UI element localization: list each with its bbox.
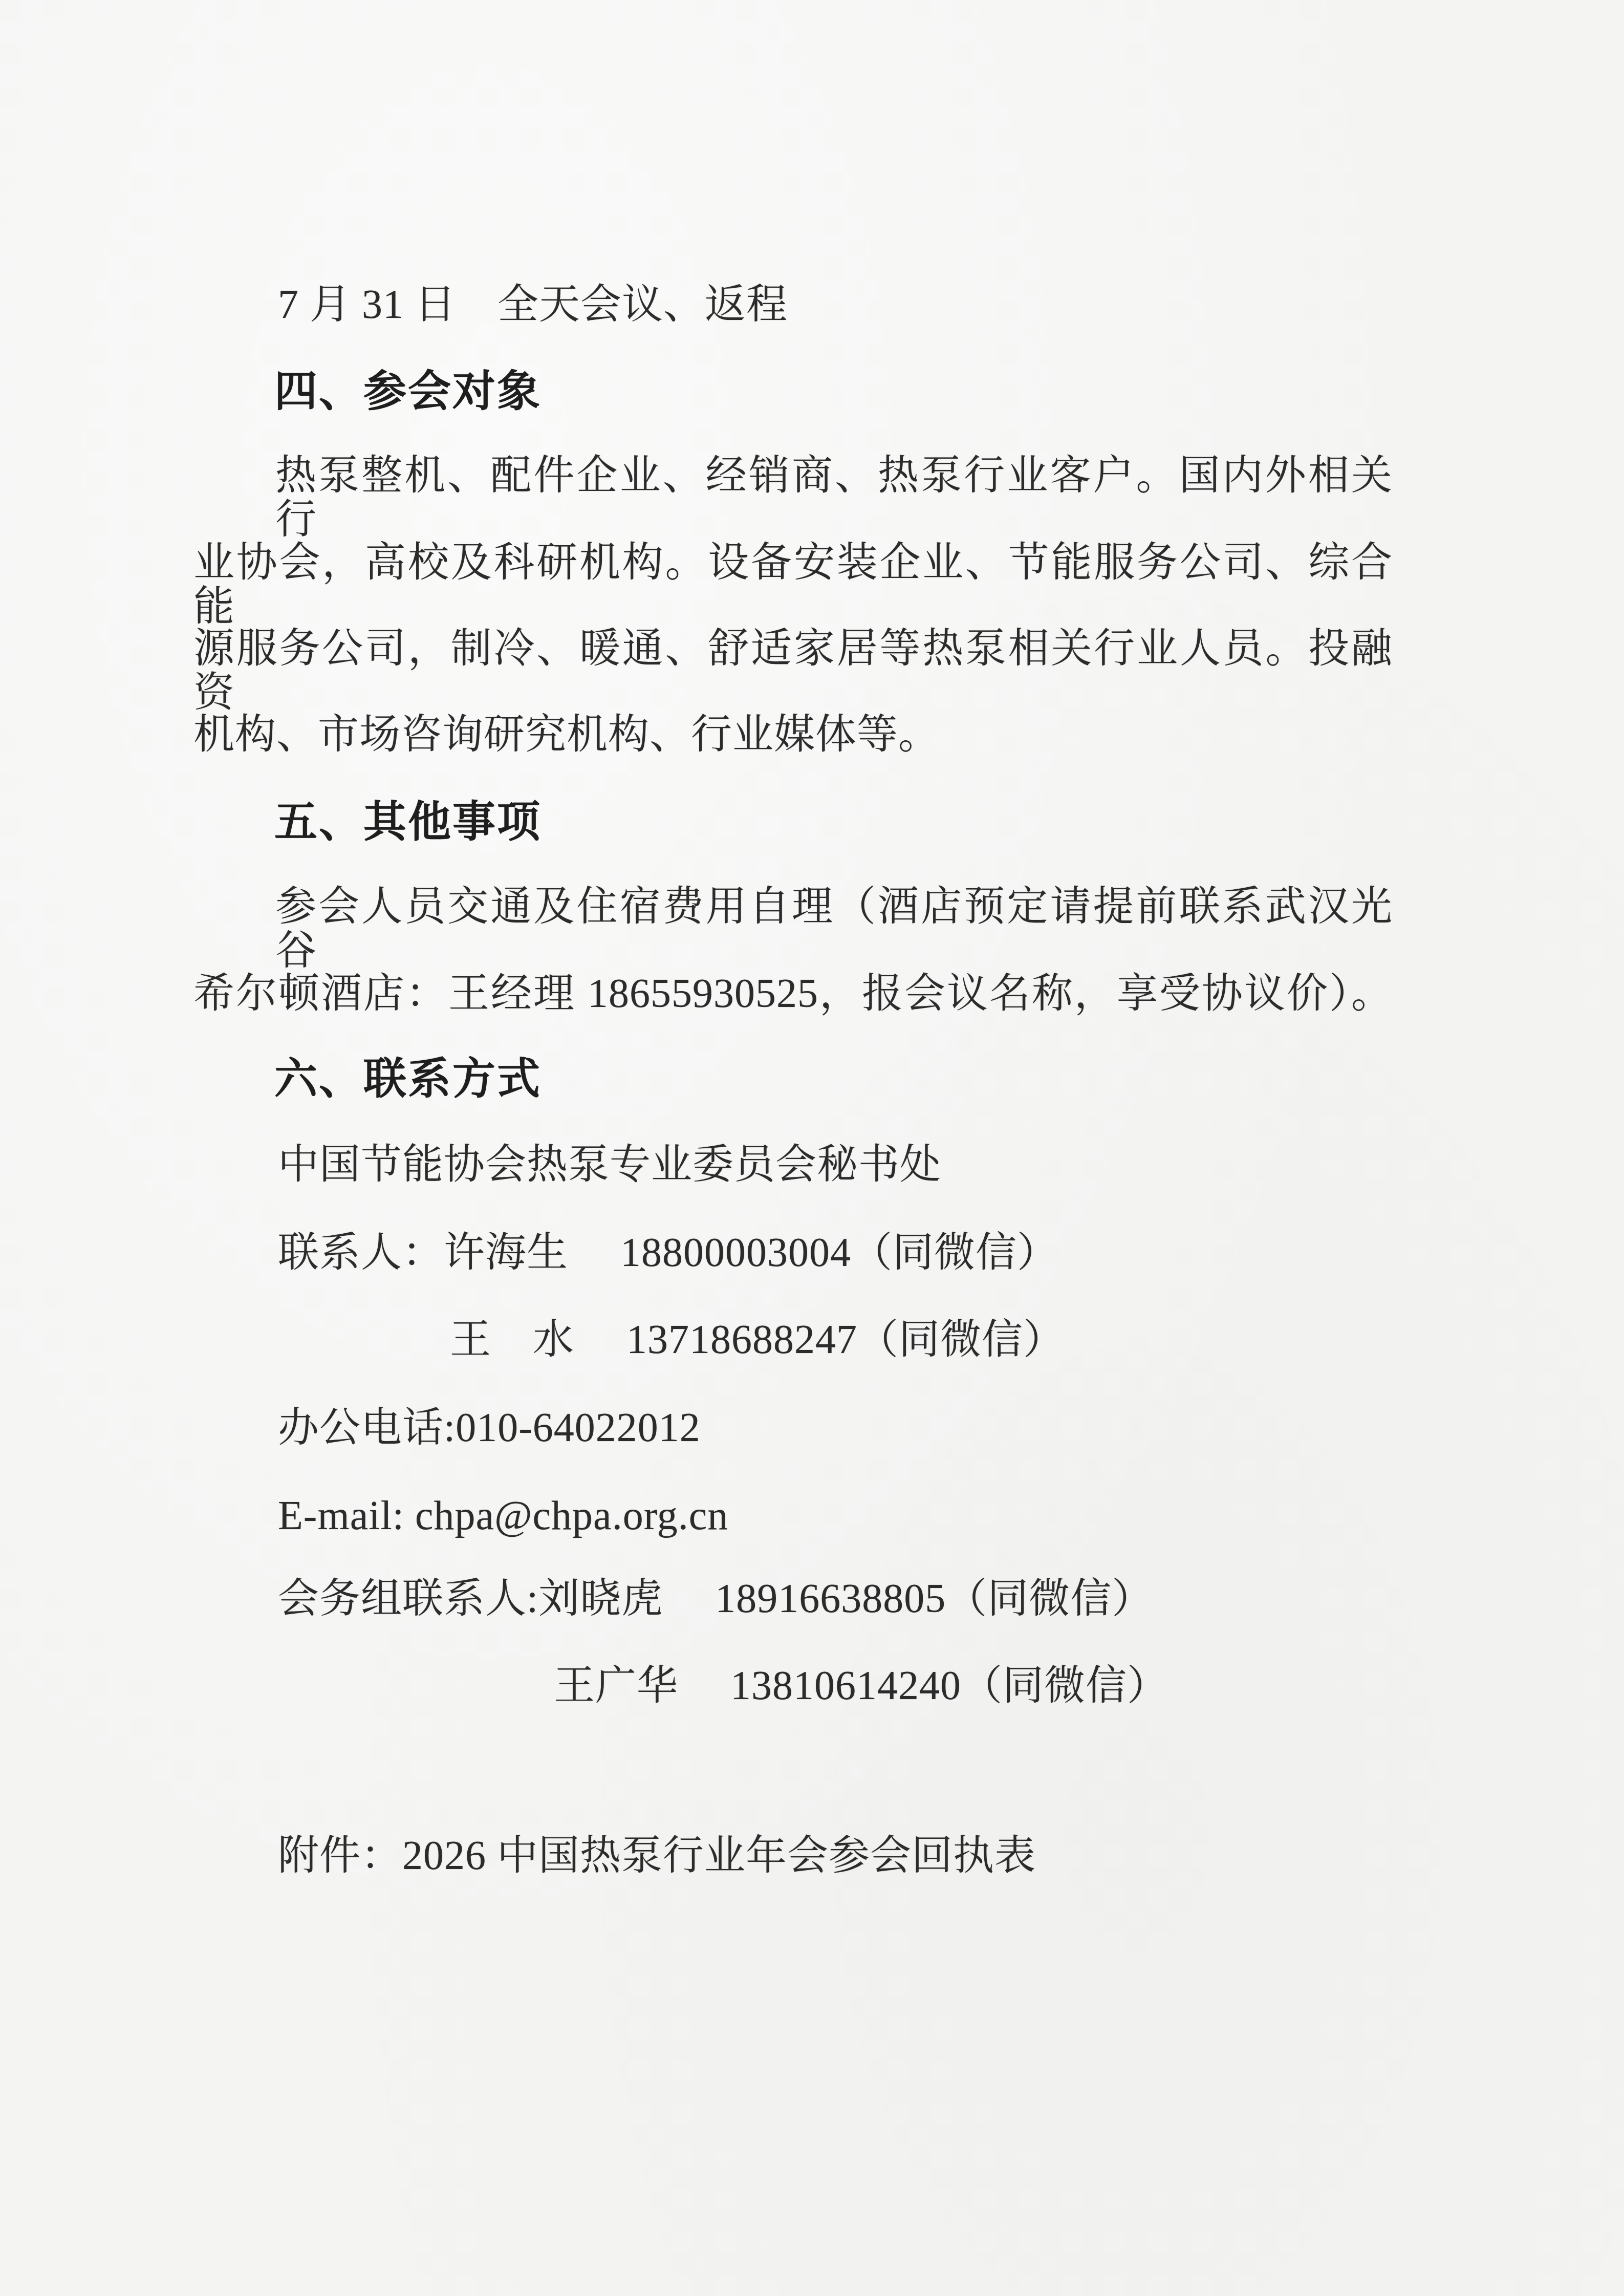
office-phone-line: 办公电话:010-64022012 — [278, 1406, 701, 1450]
secretariat-name-line: 中国节能协会热泵专业委员会秘书处 — [278, 1143, 941, 1187]
attachment-line: 附件：2026 中国热泵行业年会参会回执表 — [278, 1834, 1036, 1878]
participants-paragraph-line: 机构、市场咨询研究机构、行业媒体等。 — [193, 713, 940, 757]
scanned-document-page: 7 月 31 日 全天会议、返程 四、参会对象 热泵整机、配件企业、经销商、热泵… — [0, 0, 1624, 2296]
contact-person-line: 王 水 13718688247（同微信） — [450, 1318, 1065, 1362]
conference-team-contact-line: 王广华 13810614240（同微信） — [554, 1664, 1168, 1708]
contact-person-line: 联系人：许海生 18800003004（同微信） — [278, 1231, 1058, 1275]
participants-paragraph-line: 源服务公司，制冷、暖通、舒适家居等热泵相关行业人员。投融资 — [193, 627, 1393, 715]
schedule-line: 7 月 31 日 全天会议、返程 — [278, 283, 788, 327]
section-heading-contact: 六、联系方式 — [274, 1056, 542, 1102]
participants-paragraph-line: 热泵整机、配件企业、经销商、热泵行业客户。国内外相关行 — [193, 454, 1393, 542]
other-matters-paragraph-line: 参会人员交通及住宿费用自理（酒店预定请提前联系武汉光谷 — [193, 885, 1393, 973]
section-heading-participants: 四、参会对象 — [274, 368, 542, 414]
section-heading-other-matters: 五、其他事项 — [274, 799, 542, 845]
other-matters-paragraph-line: 希尔顿酒店：王经理 18655930525，报会议名称，享受协议价）。 — [193, 972, 1393, 1016]
email-line: E-mail: chpa@chpa.org.cn — [278, 1494, 728, 1538]
conference-team-contact-line: 会务组联系人:刘晓虎 18916638805（同微信） — [278, 1577, 1153, 1621]
participants-paragraph-line: 业协会，高校及科研机构。设备安装企业、节能服务公司、综合能 — [193, 541, 1393, 629]
